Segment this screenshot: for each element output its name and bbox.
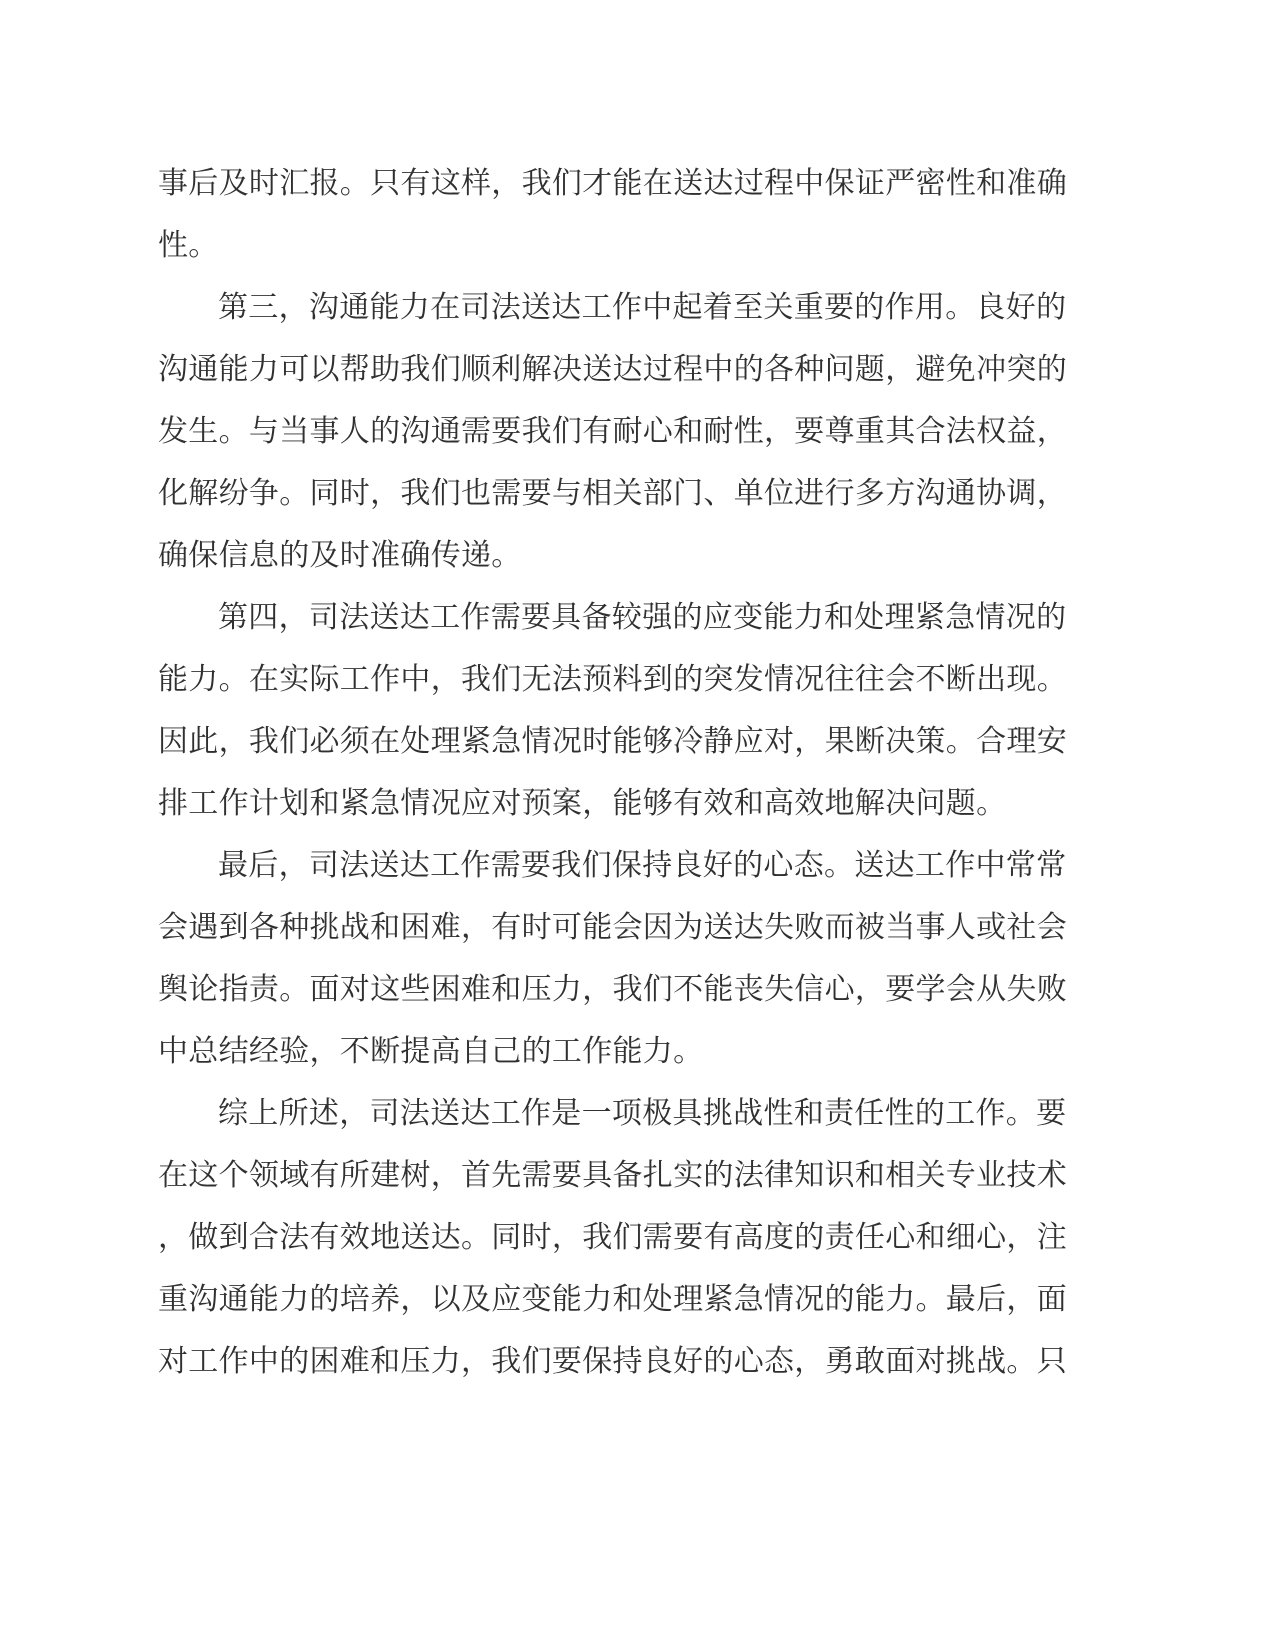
paragraph-point-three: 第三，沟通能力在司法送达工作中起着至关重要的作用。良好的 沟通能力可以帮助我们顺… xyxy=(158,277,1070,587)
paragraph-continuation: 事后及时汇报。只有这样，我们才能在送达过程中保证严密性和准确 性。 xyxy=(158,153,1070,277)
document-text-body: 事后及时汇报。只有这样，我们才能在送达过程中保证严密性和准确 性。 第三，沟通能… xyxy=(158,153,1070,1393)
paragraph-point-last: 最后，司法送达工作需要我们保持良好的心态。送达工作中常常 会遇到各种挑战和困难，… xyxy=(158,835,1070,1083)
paragraph-summary: 综上所述，司法送达工作是一项极具挑战性和责任性的工作。要 在这个领域有所建树，首… xyxy=(158,1083,1070,1393)
document-page: 事后及时汇报。只有这样，我们才能在送达过程中保证严密性和准确 性。 第三，沟通能… xyxy=(0,0,1275,1650)
paragraph-point-four: 第四，司法送达工作需要具备较强的应变能力和处理紧急情况的 能力。在实际工作中，我… xyxy=(158,587,1070,835)
